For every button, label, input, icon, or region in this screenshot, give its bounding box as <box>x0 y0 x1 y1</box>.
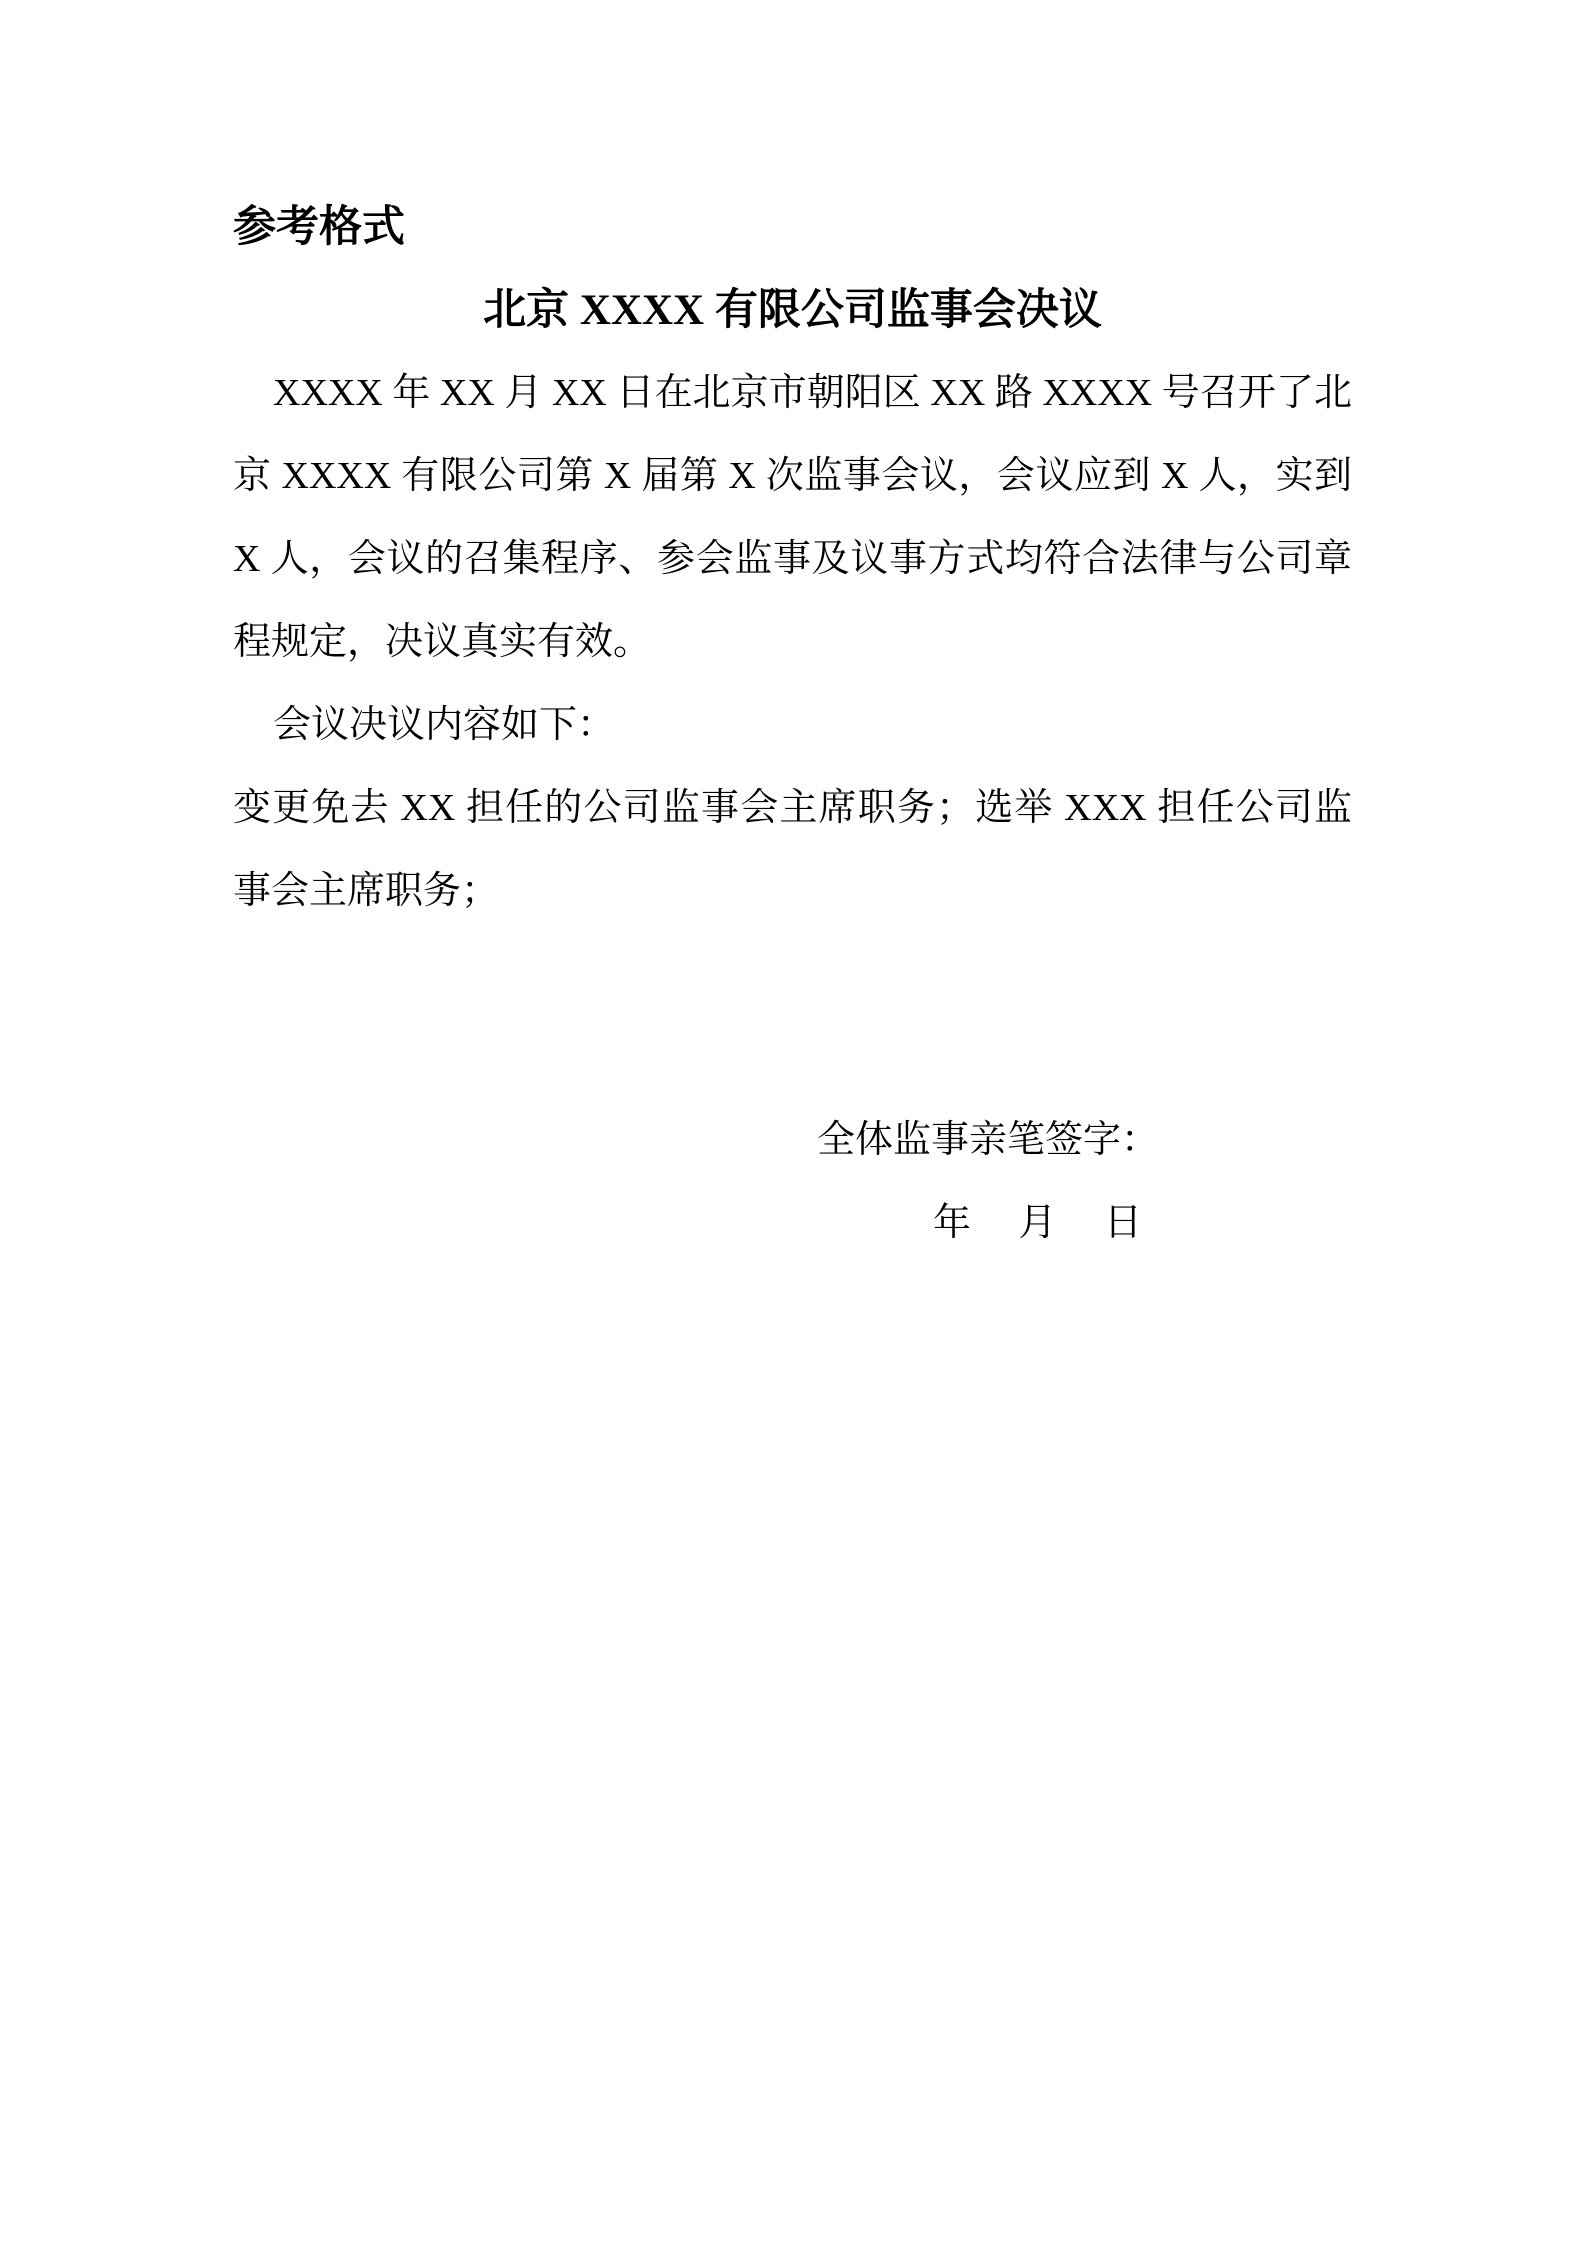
document-title: 北京 XXXX 有限公司监事会决议 <box>233 269 1352 352</box>
blank-space <box>233 933 1352 1099</box>
date-line: 年 月 日 <box>233 1182 1352 1265</box>
format-reference-label: 参考格式 <box>233 186 1352 269</box>
paragraph-resolution-content: 变更免去 XX 担任的公司监事会主席职务；选举 XXX 担任公司监事会主席职务； <box>233 767 1352 933</box>
paragraph-resolution-intro: 会议决议内容如下： <box>233 684 1352 767</box>
paragraph-meeting-details: XXXX 年 XX 月 XX 日在北京市朝阳区 XX 路 XXXX 号召开了北京… <box>233 352 1352 684</box>
document-page: 参考格式 北京 XXXX 有限公司监事会决议 XXXX 年 XX 月 XX 日在… <box>0 0 1587 2245</box>
signature-label: 全体监事亲笔签字： <box>233 1099 1352 1182</box>
